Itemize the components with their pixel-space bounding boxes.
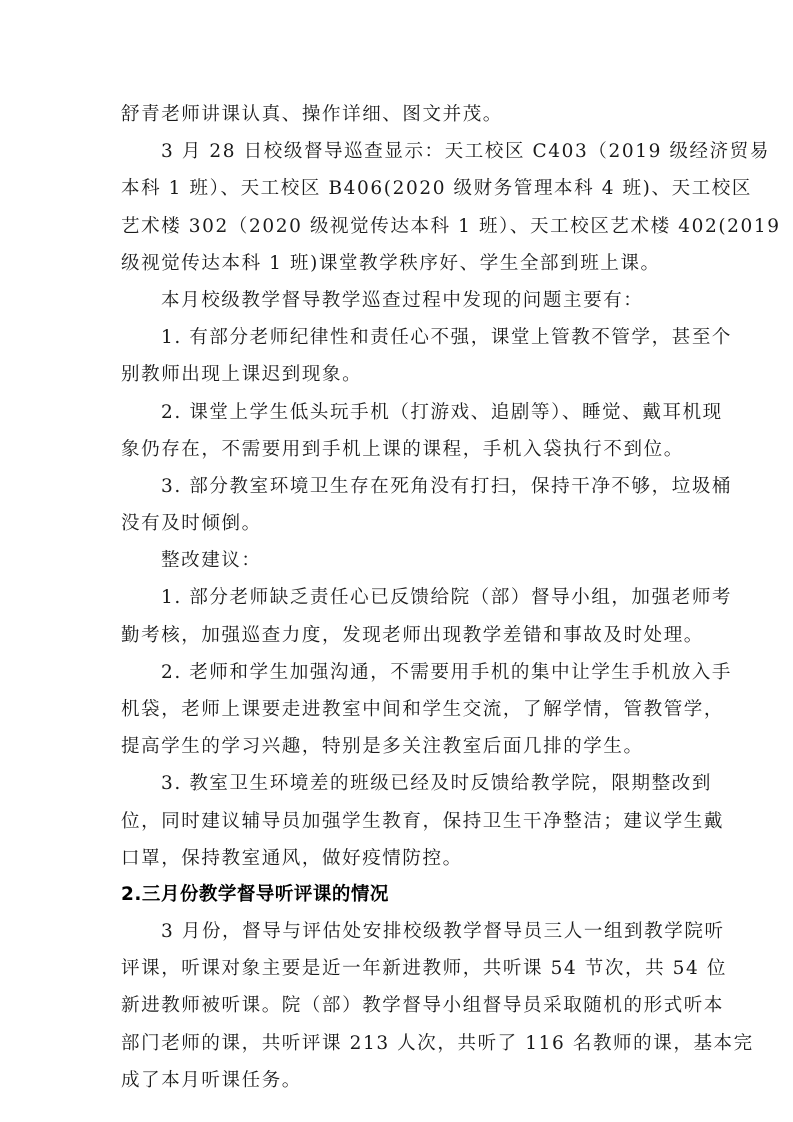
text-line: 1. 部分老师缺乏责任心已反馈给院（部）督导小组，加强老师考	[121, 579, 677, 616]
text-line: 2. 课堂上学生低头玩手机（打游戏、追剧等）、睡觉、戴耳机现	[121, 394, 677, 431]
text-line: 象仍存在，不需要用到手机上课的课程，手机入袋执行不到位。	[121, 431, 677, 468]
text-line: 艺术楼 302（2020 级视觉传达本科 1 班）、天工校区艺术楼 402(20…	[121, 208, 677, 245]
text-line: 新进教师被听课。院（部）教学督导小组督导员采取随机的形式听本	[121, 987, 677, 1024]
text-line: 2. 老师和学生加强沟通，不需要用手机的集中让学生手机放入手	[121, 654, 677, 691]
problem-item-3: 3. 部分教室环境卫生存在死角没有打扫，保持干净不够，垃圾桶 没有及时倾倒。	[121, 468, 677, 542]
text-line: 3 月份，督导与评估处安排校级教学督导员三人一组到教学院听	[121, 913, 677, 950]
text-line: 部门老师的课，共听评课 213 人次，共听了 116 名教师的课，基本完	[121, 1025, 677, 1062]
text-line: 评课，听课对象主要是近一年新进教师，共听课 54 节次，共 54 位	[121, 950, 677, 987]
section-heading: 2.三月份教学督导听评课的情况	[121, 877, 677, 913]
problem-item-1: 1. 有部分老师纪律性和责任心不强，课堂上管教不管学，甚至个 别教师出现上课迟到…	[121, 319, 677, 393]
suggestion-item-1: 1. 部分老师缺乏责任心已反馈给院（部）督导小组，加强老师考 勤考核，加强巡查力…	[121, 579, 677, 653]
text-line: 口罩，保持教室通风，做好疫情防控。	[121, 840, 677, 877]
text-line: 机袋，老师上课要走进教室中间和学生交流，了解学情，管教管学，	[121, 691, 677, 728]
text-line: 别教师出现上课迟到现象。	[121, 356, 677, 393]
paragraph-inspection-result: 3 月 28 日校级督导巡查显示：天工校区 C403（2019 级经济贸易 本科…	[121, 133, 677, 282]
text-line: 舒青老师讲课认真、操作详细、图文并茂。	[121, 96, 677, 133]
text-line: 位，同时建议辅导员加强学生教育，保持卫生干净整洁；建议学生戴	[121, 803, 677, 840]
text-line: 本科 1 班）、天工校区 B406(2020 级财务管理本科 4 班)、天工校区	[121, 170, 677, 207]
text-line: 提高学生的学习兴趣，特别是多关注教室后面几排的学生。	[121, 728, 677, 765]
problem-item-2: 2. 课堂上学生低头玩手机（打游戏、追剧等）、睡觉、戴耳机现 象仍存在，不需要用…	[121, 394, 677, 468]
paragraph-lecture-evaluation: 3 月份，督导与评估处安排校级教学督导员三人一组到教学院听 评课，听课对象主要是…	[121, 913, 677, 1099]
paragraph-problems-intro: 本月校级教学督导教学巡查过程中发现的问题主要有：	[121, 282, 677, 319]
text-line: 3. 教室卫生环境差的班级已经及时反馈给教学院，限期整改到	[121, 765, 677, 802]
text-line: 级视觉传达本科 1 班)课堂教学秩序好、学生全部到班上课。	[121, 245, 677, 282]
text-line: 成了本月听课任务。	[121, 1062, 677, 1099]
text-line: 3 月 28 日校级督导巡查显示：天工校区 C403（2019 级经济贸易	[121, 133, 677, 170]
paragraph-suggestions-intro: 整改建议：	[121, 542, 677, 579]
text-line: 勤考核，加强巡查力度，发现老师出现教学差错和事故及时处理。	[121, 617, 677, 654]
text-line: 本月校级教学督导教学巡查过程中发现的问题主要有：	[121, 282, 677, 319]
document-page: 舒青老师讲课认真、操作详细、图文并茂。 3 月 28 日校级督导巡查显示：天工校…	[121, 96, 677, 1099]
suggestion-item-3: 3. 教室卫生环境差的班级已经及时反馈给教学院，限期整改到 位，同时建议辅导员加…	[121, 765, 677, 877]
suggestion-item-2: 2. 老师和学生加强沟通，不需要用手机的集中让学生手机放入手 机袋，老师上课要走…	[121, 654, 677, 766]
text-line: 没有及时倾倒。	[121, 505, 677, 542]
text-line: 1. 有部分老师纪律性和责任心不强，课堂上管教不管学，甚至个	[121, 319, 677, 356]
paragraph-intro-tail: 舒青老师讲课认真、操作详细、图文并茂。	[121, 96, 677, 133]
text-line: 3. 部分教室环境卫生存在死角没有打扫，保持干净不够，垃圾桶	[121, 468, 677, 505]
text-line: 整改建议：	[121, 542, 677, 579]
